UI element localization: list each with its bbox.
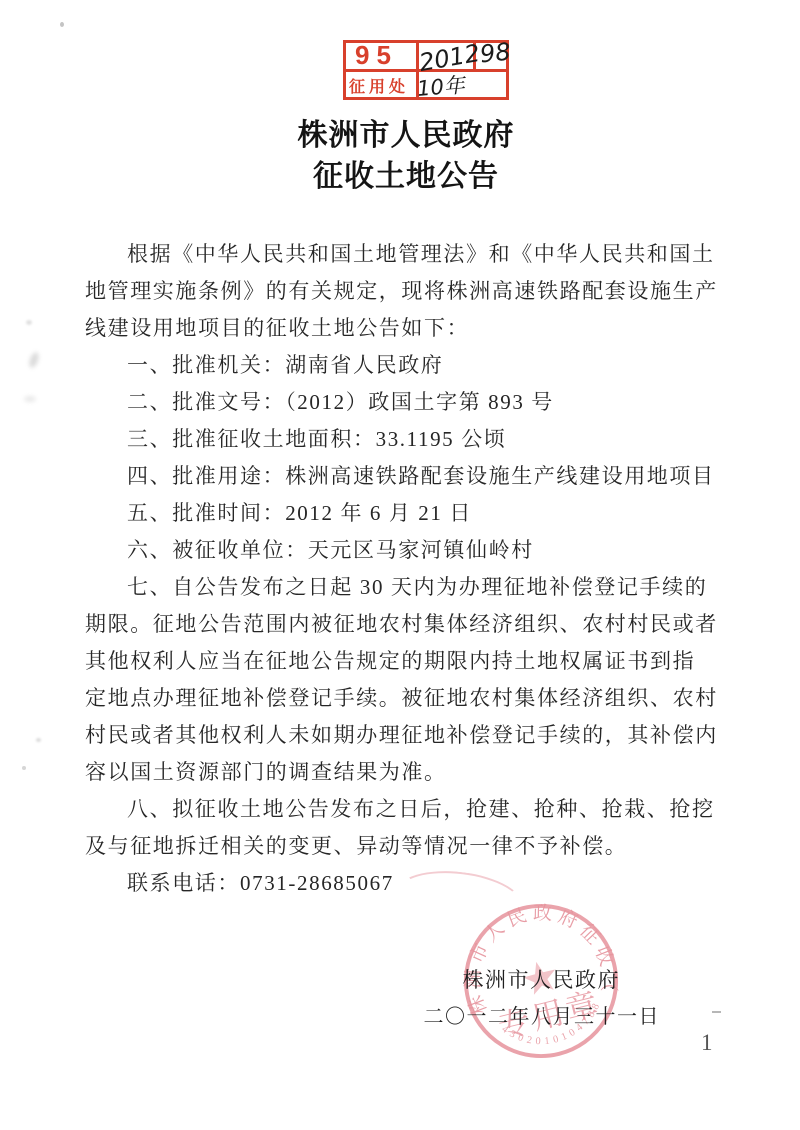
- registry-stamp-box: 95 征用处 2012 98 10年: [343, 40, 509, 100]
- handwritten-note: 10年: [416, 69, 466, 103]
- body-line: 其他权利人应当在征地公告规定的期限内持土地权属证书到指: [85, 643, 740, 680]
- stamp-office-label: 征用处: [349, 74, 409, 97]
- body-line: 四、批准用途：株洲高速铁路配套设施生产线建设用地项目: [85, 458, 740, 495]
- body-line: 期限。征地公告范围内被征地农村集体经济组织、农村村民或者: [85, 606, 740, 643]
- body-line: 村民或者其他权利人未如期办理征地补偿登记手续的，其补偿内: [85, 717, 740, 754]
- issuer-signature: 株洲市人民政府: [85, 964, 620, 994]
- document-title-line1: 株洲市人民政府: [85, 110, 727, 154]
- document-page: 95 征用处 2012 98 10年 株洲市人民政府 征收土地公告 根据《中华人…: [0, 0, 800, 1130]
- issue-date: 二〇一二年八月三十一日: [85, 1000, 660, 1029]
- stamp-number: 95: [355, 40, 398, 71]
- scan-artifact: [22, 766, 26, 770]
- page-number: 1: [701, 1030, 713, 1056]
- scan-artifact: [24, 396, 36, 402]
- scan-artifact: [28, 351, 41, 369]
- body-line: 定地点办理征地补偿登记手续。被征地农村集体经济组织、农村: [85, 680, 740, 717]
- body-line: 七、自公告发布之日起 30 天内为办理征地补偿登记手续的: [85, 569, 740, 606]
- body-line: 八、拟征收土地公告发布之日后，抢建、抢种、抢栽、抢挖: [85, 791, 740, 828]
- handwritten-number: 98: [479, 37, 512, 68]
- body-line: 六、被征收单位：天元区马家河镇仙岭村: [85, 532, 740, 569]
- scan-artifact: [26, 320, 32, 325]
- body-line: 地管理实施条例》的有关规定，现将株洲高速铁路配套设施生产: [85, 273, 740, 310]
- body-line: 五、批准时间：2012 年 6 月 21 日: [85, 495, 740, 532]
- scan-artifact: [36, 738, 41, 742]
- body-line: 三、批准征收土地面积：33.1195 公顷: [85, 421, 740, 458]
- scan-artifact: [60, 22, 64, 27]
- body-line: 根据《中华人民共和国土地管理法》和《中华人民共和国土: [85, 236, 740, 273]
- body-text: 根据《中华人民共和国土地管理法》和《中华人民共和国土地管理实施条例》的有关规定，…: [85, 236, 740, 902]
- document-title-line2: 征收土地公告: [85, 151, 727, 195]
- body-line: 线建设用地项目的征收土地公告如下：: [85, 310, 740, 347]
- body-line: 容以国土资源部门的调查结果为准。: [85, 754, 740, 791]
- body-line: 一、批准机关：湖南省人民政府: [85, 347, 740, 384]
- body-line: 二、批准文号：（2012）政国土字第 893 号: [85, 384, 740, 421]
- body-line: 及与征地拆迁相关的变更、异动等情况一律不予补偿。: [85, 828, 740, 865]
- scan-artifact: [712, 1011, 721, 1013]
